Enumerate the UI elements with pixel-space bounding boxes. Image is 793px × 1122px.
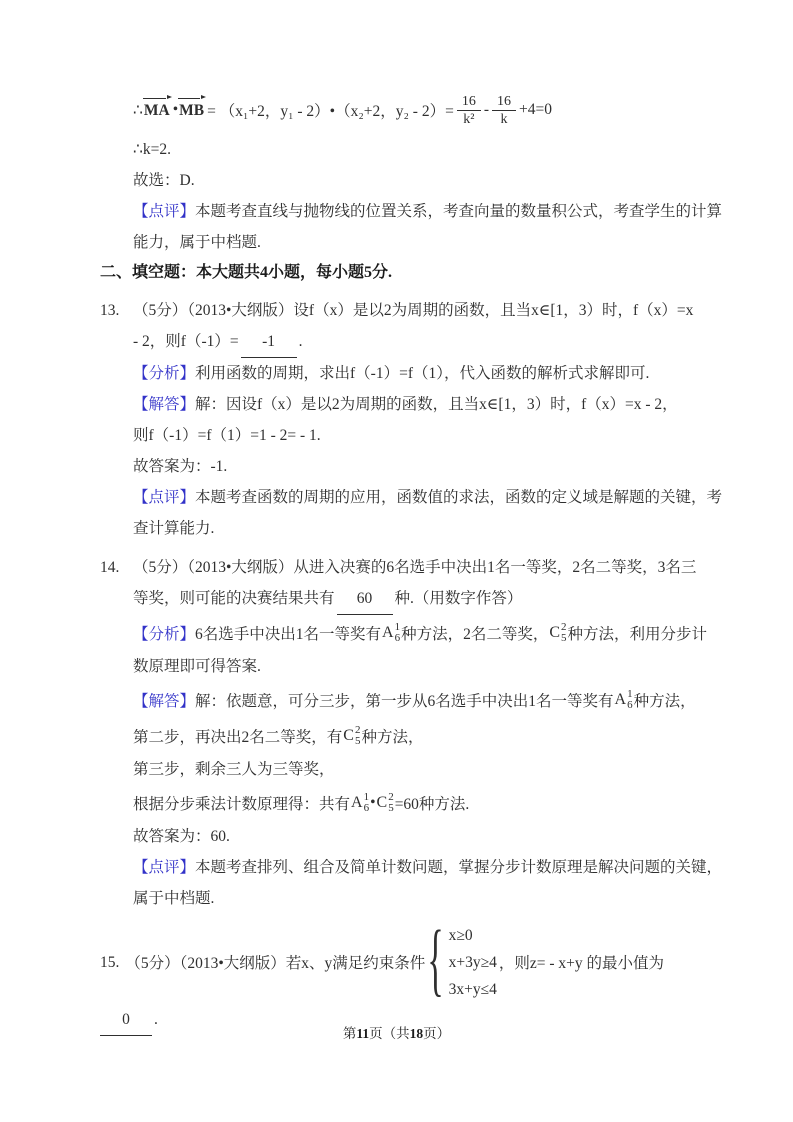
fraction-denominator: k²	[461, 111, 476, 128]
footer-text: 页）	[423, 1026, 450, 1041]
fraction-denominator: k	[499, 111, 510, 128]
analysis-text: 利用函数的周期，求出f（-1）=f（1），代入函数的解析式求解即可.	[195, 365, 649, 382]
stem-text: ，则z= - x+y 的最小值为	[499, 951, 664, 973]
fraction-16-over-k: 16k	[492, 93, 516, 128]
analysis-text: 种方法，利用分步计	[568, 622, 708, 644]
script-sub: 5	[388, 803, 394, 814]
question-13: 13. （5分）（2013•大纲版）设f（x）是以2为周期的函数，且当x∈[1，…	[100, 295, 697, 544]
script-sub: 6	[364, 803, 370, 814]
q14-comment-line1: 【点评】本题考查排列、组合及简单计数问题，掌握分步计数原理是解决问题的关键，	[133, 852, 697, 883]
comment-text: 本题考查排列、组合及简单计数问题，掌握分步计数原理是解决问题的关键，	[195, 859, 722, 876]
q14-stem-line2: 等奖，则可能的决赛结果共有60种.（用数字作答）	[133, 583, 697, 615]
analysis-text: 种方法，2名二等奖，	[401, 622, 548, 644]
question-14: 14. （5分）（2013•大纲版）从进入决赛的6名选手中决出1名一等奖，2名二…	[100, 552, 697, 914]
combination-c-2-5: C25	[549, 622, 566, 644]
fraction-numerator: 16	[492, 93, 516, 111]
solution-text: 种方法，	[634, 689, 696, 711]
equation-tail: +4=0	[519, 101, 552, 119]
question-number: 13.	[100, 295, 119, 326]
script-base: A	[382, 624, 394, 642]
dot-operator: •	[173, 101, 178, 119]
question-number: 14.	[100, 552, 119, 583]
stem-text: 种.（用数字作答）	[395, 590, 523, 607]
q14-solution-step4: 根据分步乘法计数原理得：共有A16•C25=60种方法.	[133, 785, 697, 821]
q14-stem-line1: （5分）（2013•大纲版）从进入决赛的6名选手中决出1名一等奖，2名二等奖，3…	[133, 552, 697, 583]
system-brace: {	[427, 921, 443, 1003]
q14-comment-line2: 属于中档题.	[133, 883, 697, 914]
q12-solution-tail: ∴MA•MB= （x₁+2，y₁ - 2）•（x₂+2，y₂ - 2）=16k²…	[100, 86, 697, 258]
solve-label: 【解答】	[133, 689, 195, 711]
solution-text: 解：依题意，可分三步，第一步从6名选手中决出1名一等奖有	[195, 689, 614, 711]
script-sub: 5	[561, 633, 567, 644]
fraction-numerator: 16	[457, 93, 481, 111]
dot-operator: •	[370, 794, 375, 812]
permutation-a-1-6: A16	[351, 792, 369, 814]
permutation-a-1-6: A16	[615, 689, 633, 711]
constraint-system: x≥0x+3y≥43x+y≤4	[449, 922, 497, 1003]
q14-conclusion: 故答案为：60.	[133, 821, 697, 852]
permutation-a-1-6: A16	[382, 622, 400, 644]
script-base: C	[549, 624, 560, 642]
comment-text: 本题考查直线与抛物线的位置关系，考查向量的数量积公式，考查学生的计算	[195, 203, 722, 220]
q12-vector-equation: ∴MA•MB= （x₁+2，y₁ - 2）•（x₂+2，y₂ - 2）=16k²…	[133, 86, 697, 134]
script-base: A	[351, 794, 363, 812]
script-sub: 5	[355, 736, 361, 747]
analysis-label: 【分析】	[133, 622, 195, 644]
comment-label: 【点评】	[133, 203, 195, 220]
q12-comment-line2: 能力，属于中档题.	[133, 227, 697, 258]
footer-text: 第	[343, 1026, 357, 1041]
q14-solution-step2: 第二步，再决出2名二等奖，有C25种方法，	[133, 718, 697, 754]
analysis-label: 【分析】	[133, 365, 195, 382]
answer-blank: -1	[241, 326, 297, 358]
question-number: 15.	[100, 947, 119, 978]
stem-text: .	[299, 333, 303, 350]
solution-text: =60种方法.	[395, 792, 470, 814]
q14-solution-step3: 第三步，剩余三人为三等奖，	[133, 754, 697, 785]
fraction-16-over-k-squared: 16k²	[457, 93, 481, 128]
vector-mb: MB	[179, 100, 204, 120]
stem-text: 等奖，则可能的决赛结果共有	[133, 590, 335, 607]
comment-text: 本题考查函数的周期的应用，函数值的求法，函数的定义域是解题的关键，考	[195, 489, 722, 506]
page-footer: 第11页（共18页）	[0, 1024, 793, 1044]
comment-label: 【点评】	[133, 489, 195, 506]
footer-total-pages: 18	[410, 1026, 424, 1041]
combination-c-2-5: C25	[377, 792, 394, 814]
q12-choice: 故选：D.	[133, 165, 697, 196]
solution-text: 解：因设f（x）是以2为周期的函数，且当x∈[1，3）时，f（x）=x - 2，	[195, 396, 678, 413]
script-sub: 6	[627, 700, 633, 711]
q14-analysis-line2: 数原理即可得答案.	[133, 651, 697, 682]
therefore-symbol: ∴	[133, 101, 143, 120]
constraint-1: x≥0	[449, 922, 497, 949]
q13-solution-line1: 【解答】解：因设f（x）是以2为周期的函数，且当x∈[1，3）时，f（x）=x …	[133, 389, 697, 420]
constraint-3: 3x+y≤4	[449, 976, 497, 1003]
q13-stem-line2: - 2，则f（-1）=-1.	[133, 326, 697, 358]
stem-text: - 2，则f（-1）=	[133, 333, 239, 350]
script-base: C	[377, 794, 388, 812]
solve-label: 【解答】	[133, 396, 195, 413]
q13-comment-line2: 查计算能力.	[133, 513, 697, 544]
vector-ma: MA	[144, 100, 170, 120]
q15-stem-row: 15.（5分）（2013•大纲版）若x、y满足约束条件{x≥0x+3y≥43x+…	[100, 920, 697, 1004]
footer-page-number: 11	[356, 1026, 369, 1041]
minus-sign: -	[484, 101, 489, 119]
q14-solution-step1: 【解答】解：依题意，可分三步，第一步从6名选手中决出1名一等奖有A16种方法，	[133, 682, 697, 718]
solution-text: 根据分步乘法计数原理得：共有	[133, 792, 350, 814]
q13-solution-line2: 则f（-1）=f（1）=1 - 2= - 1.	[133, 420, 697, 451]
page-content: ∴MA•MB= （x₁+2，y₁ - 2）•（x₂+2，y₂ - 2）=16k²…	[0, 0, 793, 1036]
answer-blank: 60	[337, 583, 393, 615]
q12-k-result: ∴k=2.	[133, 134, 697, 165]
q13-analysis: 【分析】利用函数的周期，求出f（-1）=f（1），代入函数的解析式求解即可.	[133, 358, 697, 389]
question-15: 15.（5分）（2013•大纲版）若x、y满足约束条件{x≥0x+3y≥43x+…	[100, 920, 697, 1036]
solution-text: 第二步，再决出2名二等奖，有	[133, 725, 342, 747]
analysis-text: 6名选手中决出1名一等奖有	[195, 622, 381, 644]
comment-label: 【点评】	[133, 859, 195, 876]
q12-comment-line1: 【点评】本题考查直线与抛物线的位置关系，考查向量的数量积公式，考查学生的计算	[133, 196, 697, 227]
q13-conclusion: 故答案为：-1.	[133, 451, 697, 482]
script-sub: 6	[395, 633, 401, 644]
solution-text: 种方法，	[361, 725, 423, 747]
q14-analysis-line1: 【分析】6名选手中决出1名一等奖有A16种方法，2名二等奖，C25种方法，利用分…	[133, 615, 697, 651]
combination-c-2-5: C25	[343, 725, 360, 747]
equation-middle: = （x₁+2，y₁ - 2）•（x₂+2，y₂ - 2）=	[207, 99, 454, 121]
script-base: A	[615, 691, 627, 709]
constraint-2: x+3y≥4	[449, 949, 497, 976]
q13-stem-line1: （5分）（2013•大纲版）设f（x）是以2为周期的函数，且当x∈[1，3）时，…	[133, 295, 697, 326]
section-header: 二、填空题：本大题共4小题，每小题5分.	[100, 258, 697, 289]
footer-text: 页（共	[369, 1026, 410, 1041]
stem-text: （5分）（2013•大纲版）若x、y满足约束条件	[125, 951, 425, 973]
document-page: ∴MA•MB= （x₁+2，y₁ - 2）•（x₂+2，y₂ - 2）=16k²…	[0, 0, 793, 1122]
q13-comment-line1: 【点评】本题考查函数的周期的应用，函数值的求法，函数的定义域是解题的关键，考	[133, 482, 697, 513]
script-base: C	[343, 727, 354, 745]
